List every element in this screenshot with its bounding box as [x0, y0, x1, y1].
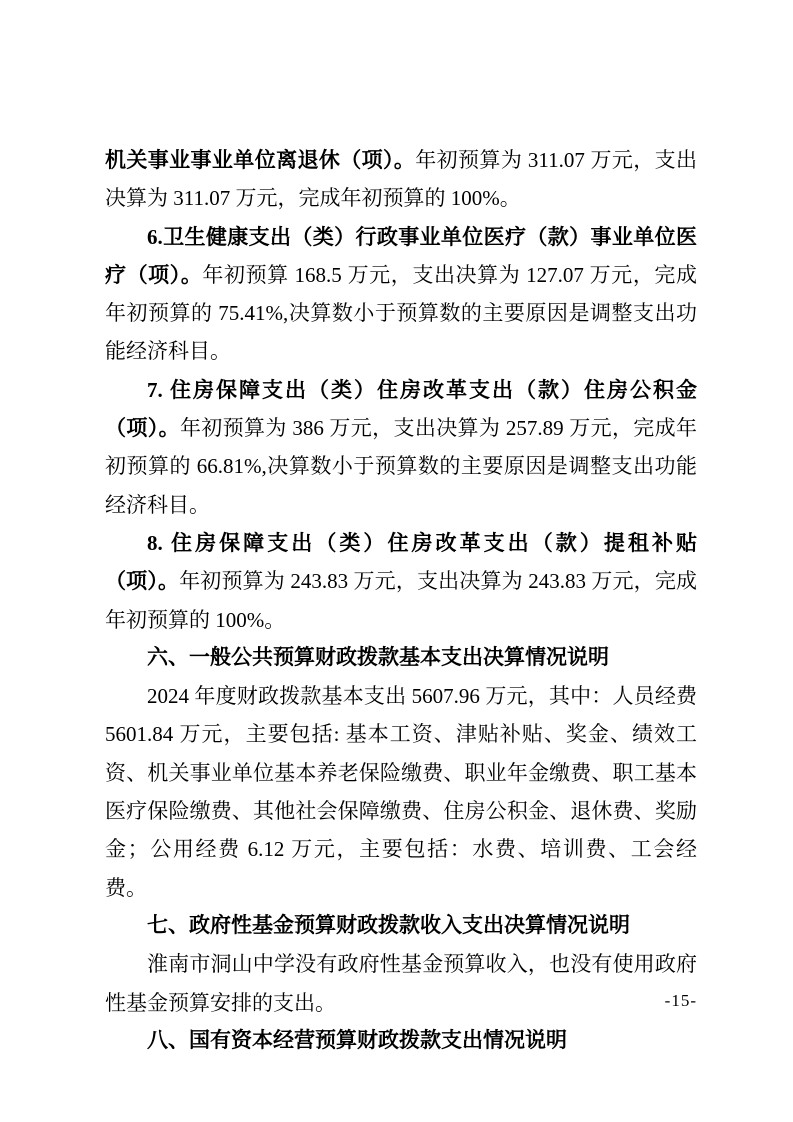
heading-section-seven-gov-fund: 七、政府性基金预算财政拨款收入支出决算情况说明 [105, 907, 697, 945]
document-page: 机关事业事业单位离退休（项）。年初预算为 311.07 万元，支出决算为 311… [0, 0, 793, 1122]
paragraph-item6-health-medical: 6.卫生健康支出（类）行政事业单位医疗（款）事业单位医疗（项）。年初预算 168… [105, 218, 697, 371]
page-number: -15- [665, 991, 697, 1011]
paragraph-gov-fund-detail: 淮南市洞山中学没有政府性基金预算收入，也没有使用政府性基金预算安排的支出。 [105, 945, 697, 1022]
paragraph-lead-bold: 机关事业事业单位离退休（项）。 [105, 148, 415, 172]
heading-section-six-basic-expenditure: 六、一般公共预算财政拨款基本支出决算情况说明 [105, 639, 697, 677]
paragraph-item7-housing-fund: 7. 住房保障支出（类）住房改革支出（款）住房公积金（项）。年初预算为 386 … [105, 371, 697, 524]
paragraph-pension-retirees: 机关事业事业单位离退休（项）。年初预算为 311.07 万元，支出决算为 311… [105, 141, 697, 218]
paragraph-basic-expenditure-detail: 2024 年度财政拨款基本支出 5607.96 万元，其中：人员经费 5601.… [105, 677, 697, 907]
heading-section-eight-state-capital: 八、国有资本经营预算财政拨款支出情况说明 [105, 1022, 697, 1060]
paragraph-text: 年初预算为 386 万元，支出决算为 257.89 万元，完成年初预算的 66.… [105, 416, 697, 517]
paragraph-item8-rent-subsidy: 8. 住房保障支出（类）住房改革支出（款）提租补贴（项）。年初预算为 243.8… [105, 524, 697, 639]
document-content: 机关事业事业单位离退休（项）。年初预算为 311.07 万元，支出决算为 311… [105, 141, 697, 1060]
paragraph-text: 年初预算为 243.83 万元，支出决算为 243.83 万元，完成年初预算的 … [105, 569, 697, 631]
